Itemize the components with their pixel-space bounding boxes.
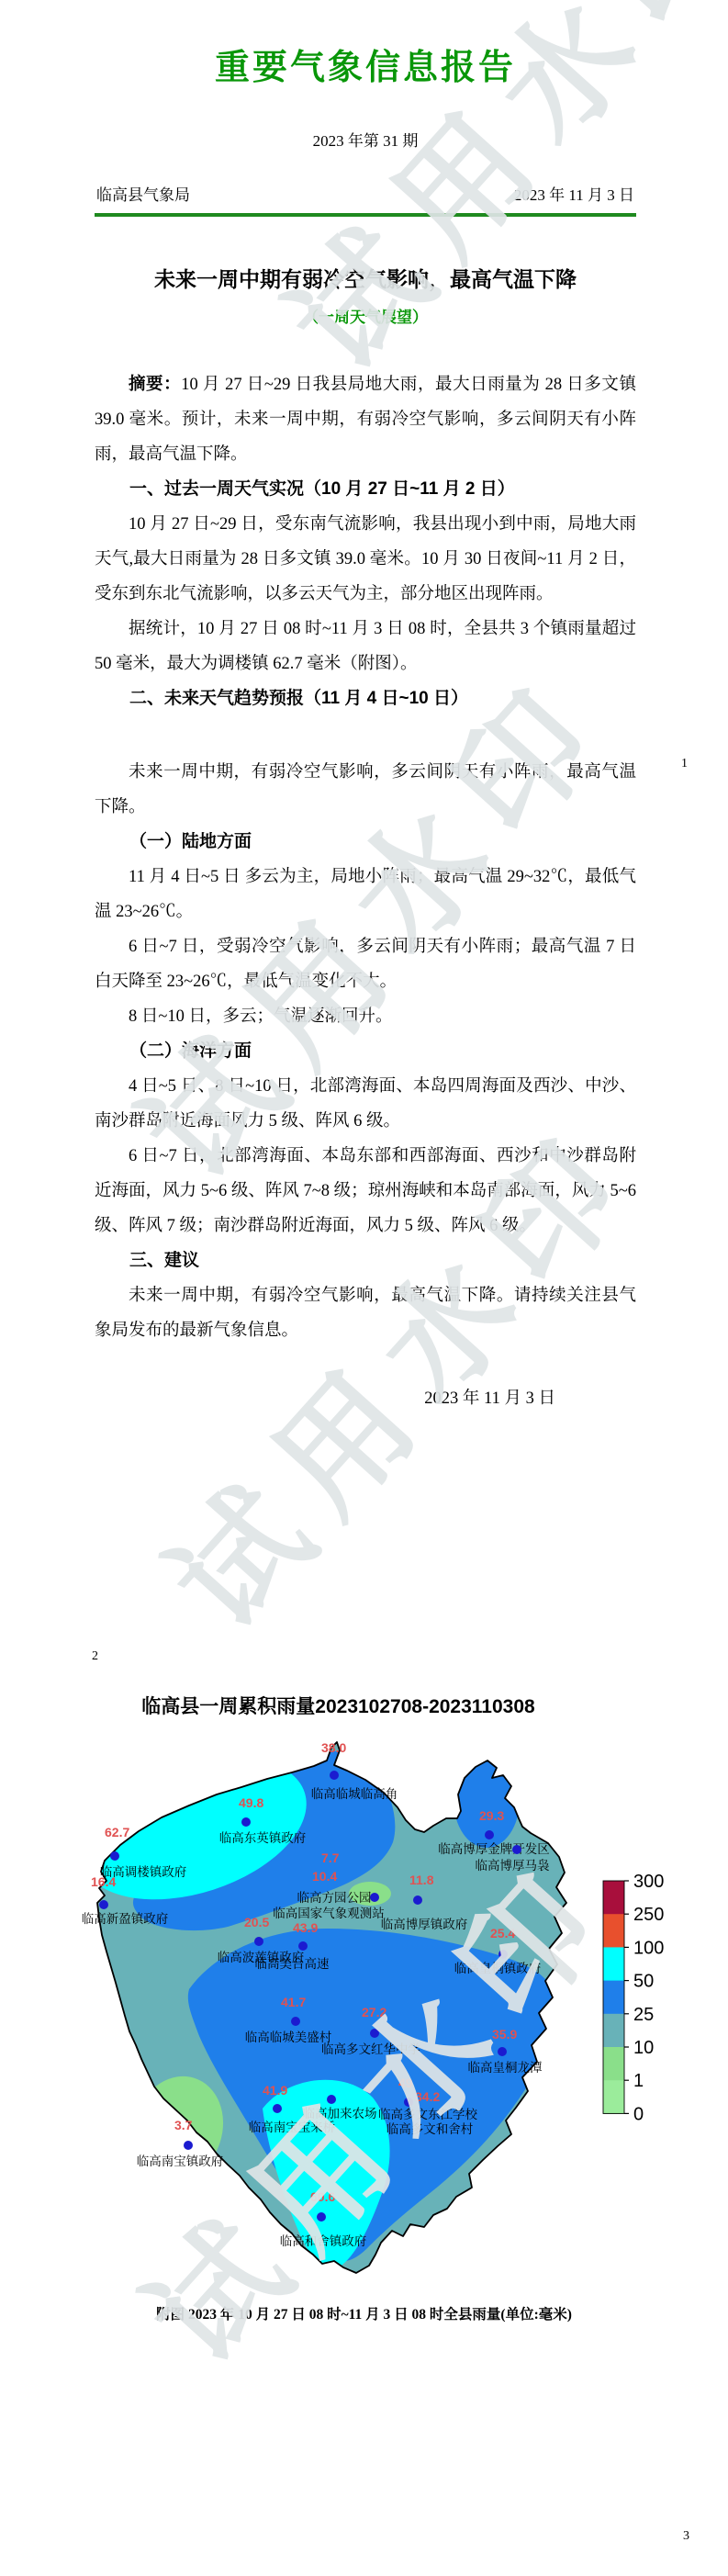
legend-tick-label: 100 bbox=[633, 1938, 664, 1958]
legend-tick-label: 1 bbox=[633, 2071, 644, 2091]
section3-paragraph-1: 未来一周中期，有弱冷空气影响，最高气温下降。请持续关注县气象局发布的最新气象信息… bbox=[95, 1278, 636, 1348]
station-label: 临高皇桐龙潭 bbox=[468, 2060, 543, 2075]
station-label: 临高南宝镇政府 bbox=[137, 2154, 224, 2168]
station-dot bbox=[330, 1771, 339, 1780]
station-label: 临高方园公园 bbox=[297, 1890, 372, 1905]
header-row: 临高县气象局 2023 年 11 月 3 日 bbox=[95, 182, 636, 217]
land-paragraph-3: 8 日~10 日，多云；气温逐渐回升。 bbox=[95, 999, 636, 1034]
station-dot bbox=[512, 1845, 521, 1854]
legend-band bbox=[603, 1947, 624, 1981]
sign-date: 2023 年 11 月 3 日 bbox=[95, 1385, 636, 1409]
legend-band bbox=[603, 2014, 624, 2048]
station-value: 49.8 bbox=[239, 1795, 263, 1810]
station-dot bbox=[498, 2047, 507, 2056]
legend-tick-label: 0 bbox=[633, 2104, 644, 2124]
station-value: 29.3 bbox=[479, 1808, 504, 1823]
station-label: 临高博厚马袅 bbox=[476, 1858, 550, 1873]
station-value: 3.7 bbox=[174, 2118, 193, 2132]
report-body: 重要气象信息报告 2023 年第 31 期 临高县气象局 2023 年 11 月… bbox=[0, 0, 728, 1409]
page-number-1: 1 bbox=[681, 757, 688, 771]
legend-band bbox=[603, 1881, 624, 1915]
section2-heading: 二、未来天气趋势预报（11 月 4 日~10 日） bbox=[95, 681, 636, 716]
report-page: 重要气象信息报告 2023 年第 31 期 临高县气象局 2023 年 11 月… bbox=[0, 0, 728, 2576]
station-dot bbox=[413, 1895, 422, 1905]
station-value: 41.7 bbox=[281, 1995, 306, 2009]
station-label: 临高皇桐镇政府 bbox=[454, 1961, 542, 1975]
abstract-label: 摘要： bbox=[129, 376, 181, 394]
sea-heading: （二）海洋方面 bbox=[95, 1034, 636, 1069]
station-value: 41.9 bbox=[263, 2083, 287, 2098]
station-value: 43.9 bbox=[293, 1920, 318, 1935]
station-dot bbox=[370, 2029, 379, 2038]
legend-band bbox=[603, 1914, 624, 1948]
legend-band bbox=[603, 2047, 624, 2081]
doc-subtitle: （一周天气展望） bbox=[95, 304, 636, 327]
station-dot bbox=[184, 2141, 193, 2150]
legend-tick-label: 25 bbox=[633, 2005, 654, 2025]
agency-name: 临高县气象局 bbox=[96, 182, 190, 205]
rain-legend: 30025010050251010 bbox=[603, 1872, 664, 2124]
section1-paragraph-2: 据统计，10 月 27 日 08 时~11 月 3 日 08 时，全县共 3 个… bbox=[95, 612, 636, 681]
station-label: 临高博厚金牌开发区 bbox=[438, 1841, 550, 1856]
rain-map-title: 临高县一周累积雨量2023102708-2023110308 bbox=[0, 1692, 728, 1719]
station-dot bbox=[370, 1893, 379, 1902]
station-value: 25.4 bbox=[490, 1926, 515, 1940]
section1-paragraph-1: 10 月 27 日~29 日，受东南气流影响，我县出现小到中雨，局地大雨天气,最… bbox=[95, 507, 636, 612]
station-dot bbox=[291, 2017, 300, 2026]
station-dot bbox=[254, 1937, 263, 1946]
station-label: 临高新盈镇政府 bbox=[82, 1911, 169, 1926]
station-label: 临高博厚镇政府 bbox=[381, 1917, 468, 1931]
doc-title: 未来一周中期有弱冷空气影响，最高气温下降 bbox=[95, 263, 636, 293]
station-label: 临高多文和舍村 bbox=[386, 2121, 474, 2136]
station-label: 临高美台高速 bbox=[255, 1956, 330, 1971]
land-paragraph-1: 11 月 4 日~5 日 多云为主，局地小阵雨；最高气温 29~32℃，最低气温… bbox=[95, 860, 636, 929]
station-label: 临高多文红华中学 bbox=[321, 2042, 420, 2056]
station-dot bbox=[327, 2095, 336, 2104]
sea-paragraph-2: 6 日~7 日，北部湾海面、本岛东部和西部海面、西沙和中沙群岛附近海面，风力 5… bbox=[95, 1139, 636, 1243]
station-dot bbox=[241, 1817, 251, 1827]
station-value: 7.7 bbox=[321, 1850, 340, 1865]
page-number-2: 2 bbox=[92, 1649, 98, 1664]
land-paragraph-2: 6 日~7 日，受弱冷空气影响，多云间阴天有小阵雨；最高气温 7 日白天降至 2… bbox=[95, 929, 636, 999]
legend-band bbox=[603, 1981, 624, 2015]
station-label: 临高和舍镇政府 bbox=[280, 2233, 367, 2248]
legend-tick-label: 10 bbox=[633, 2038, 654, 2058]
station-dot bbox=[317, 2212, 326, 2222]
page-number-3: 3 bbox=[683, 2529, 689, 2544]
station-dot bbox=[404, 2098, 413, 2107]
station-label: 临高国家气象观测站 bbox=[273, 1906, 385, 1920]
station-label: 临高临城临高角 bbox=[311, 1786, 398, 1801]
station-value: 62.7 bbox=[105, 1825, 129, 1839]
station-dot bbox=[99, 1900, 108, 1909]
legend-tick-label: 300 bbox=[633, 1872, 664, 1892]
rain-map-caption: 附图 2023 年 10 月 27 日 08 时~11 月 3 日 08 时全县… bbox=[0, 2303, 728, 2323]
station-value: 49 bbox=[398, 2075, 413, 2090]
station-dot bbox=[273, 2104, 282, 2113]
station-label: 临高加来农场 bbox=[303, 2106, 377, 2120]
station-dot bbox=[498, 1950, 508, 1959]
rain-contour-bands bbox=[51, 1723, 676, 2318]
station-label: 临高东英镇政府 bbox=[219, 1830, 307, 1845]
station-label: 临高临城美盛村 bbox=[245, 2030, 332, 2044]
station-value: 34.2 bbox=[415, 2089, 440, 2104]
station-dot bbox=[110, 1851, 119, 1861]
station-value: 27.2 bbox=[362, 2005, 386, 2019]
legend-band bbox=[603, 2080, 624, 2114]
report-main-title: 重要气象信息报告 bbox=[95, 39, 636, 89]
sea-paragraph-1: 4 日~5 日、8 日~10 日，北部湾海面、本岛四周海面及西沙、中沙、南沙群岛… bbox=[95, 1069, 636, 1139]
station-dot bbox=[485, 1830, 494, 1839]
header-date: 2023 年 11 月 3 日 bbox=[514, 182, 634, 205]
rain-map: 30025010050251010 38.0临高临城临高角49.8临高东英镇政府… bbox=[51, 1723, 676, 2318]
station-dot bbox=[298, 1941, 308, 1951]
abstract-paragraph: 摘要：10 月 27 日~29 日我县局地大雨，最大日雨量为 28 日多文镇 3… bbox=[95, 367, 636, 472]
land-heading: （一）陆地方面 bbox=[95, 825, 636, 860]
legend-tick-label: 250 bbox=[633, 1905, 664, 1925]
station-value: 60.6 bbox=[310, 2189, 335, 2204]
station-value: 11.8 bbox=[409, 1873, 434, 1887]
station-value: 10.4 bbox=[312, 1869, 337, 1884]
section3-heading: 三、建议 bbox=[95, 1243, 636, 1278]
station-value: 20.5 bbox=[244, 1915, 269, 1929]
station-value: 35.9 bbox=[492, 2027, 517, 2042]
station-value: 38.0 bbox=[321, 1740, 346, 1755]
station-label: 临高南宝宝来桥 bbox=[249, 2120, 336, 2134]
station-value: 16.4 bbox=[91, 1874, 116, 1889]
rain-map-figure: 临高县一周累积雨量2023102708-2023110308 300250100… bbox=[0, 1692, 728, 2323]
section1-heading: 一、过去一周天气实况（10 月 27 日~11 月 2 日） bbox=[95, 472, 636, 507]
station-label: 临高多文东江学校 bbox=[378, 2107, 477, 2121]
issue-line: 2023 年第 31 期 bbox=[95, 128, 636, 151]
section2-paragraph-1: 未来一周中期，有弱冷空气影响，多云间阴天有小阵雨，最高气温下降。 bbox=[95, 755, 636, 825]
legend-tick-label: 50 bbox=[633, 1972, 654, 1992]
